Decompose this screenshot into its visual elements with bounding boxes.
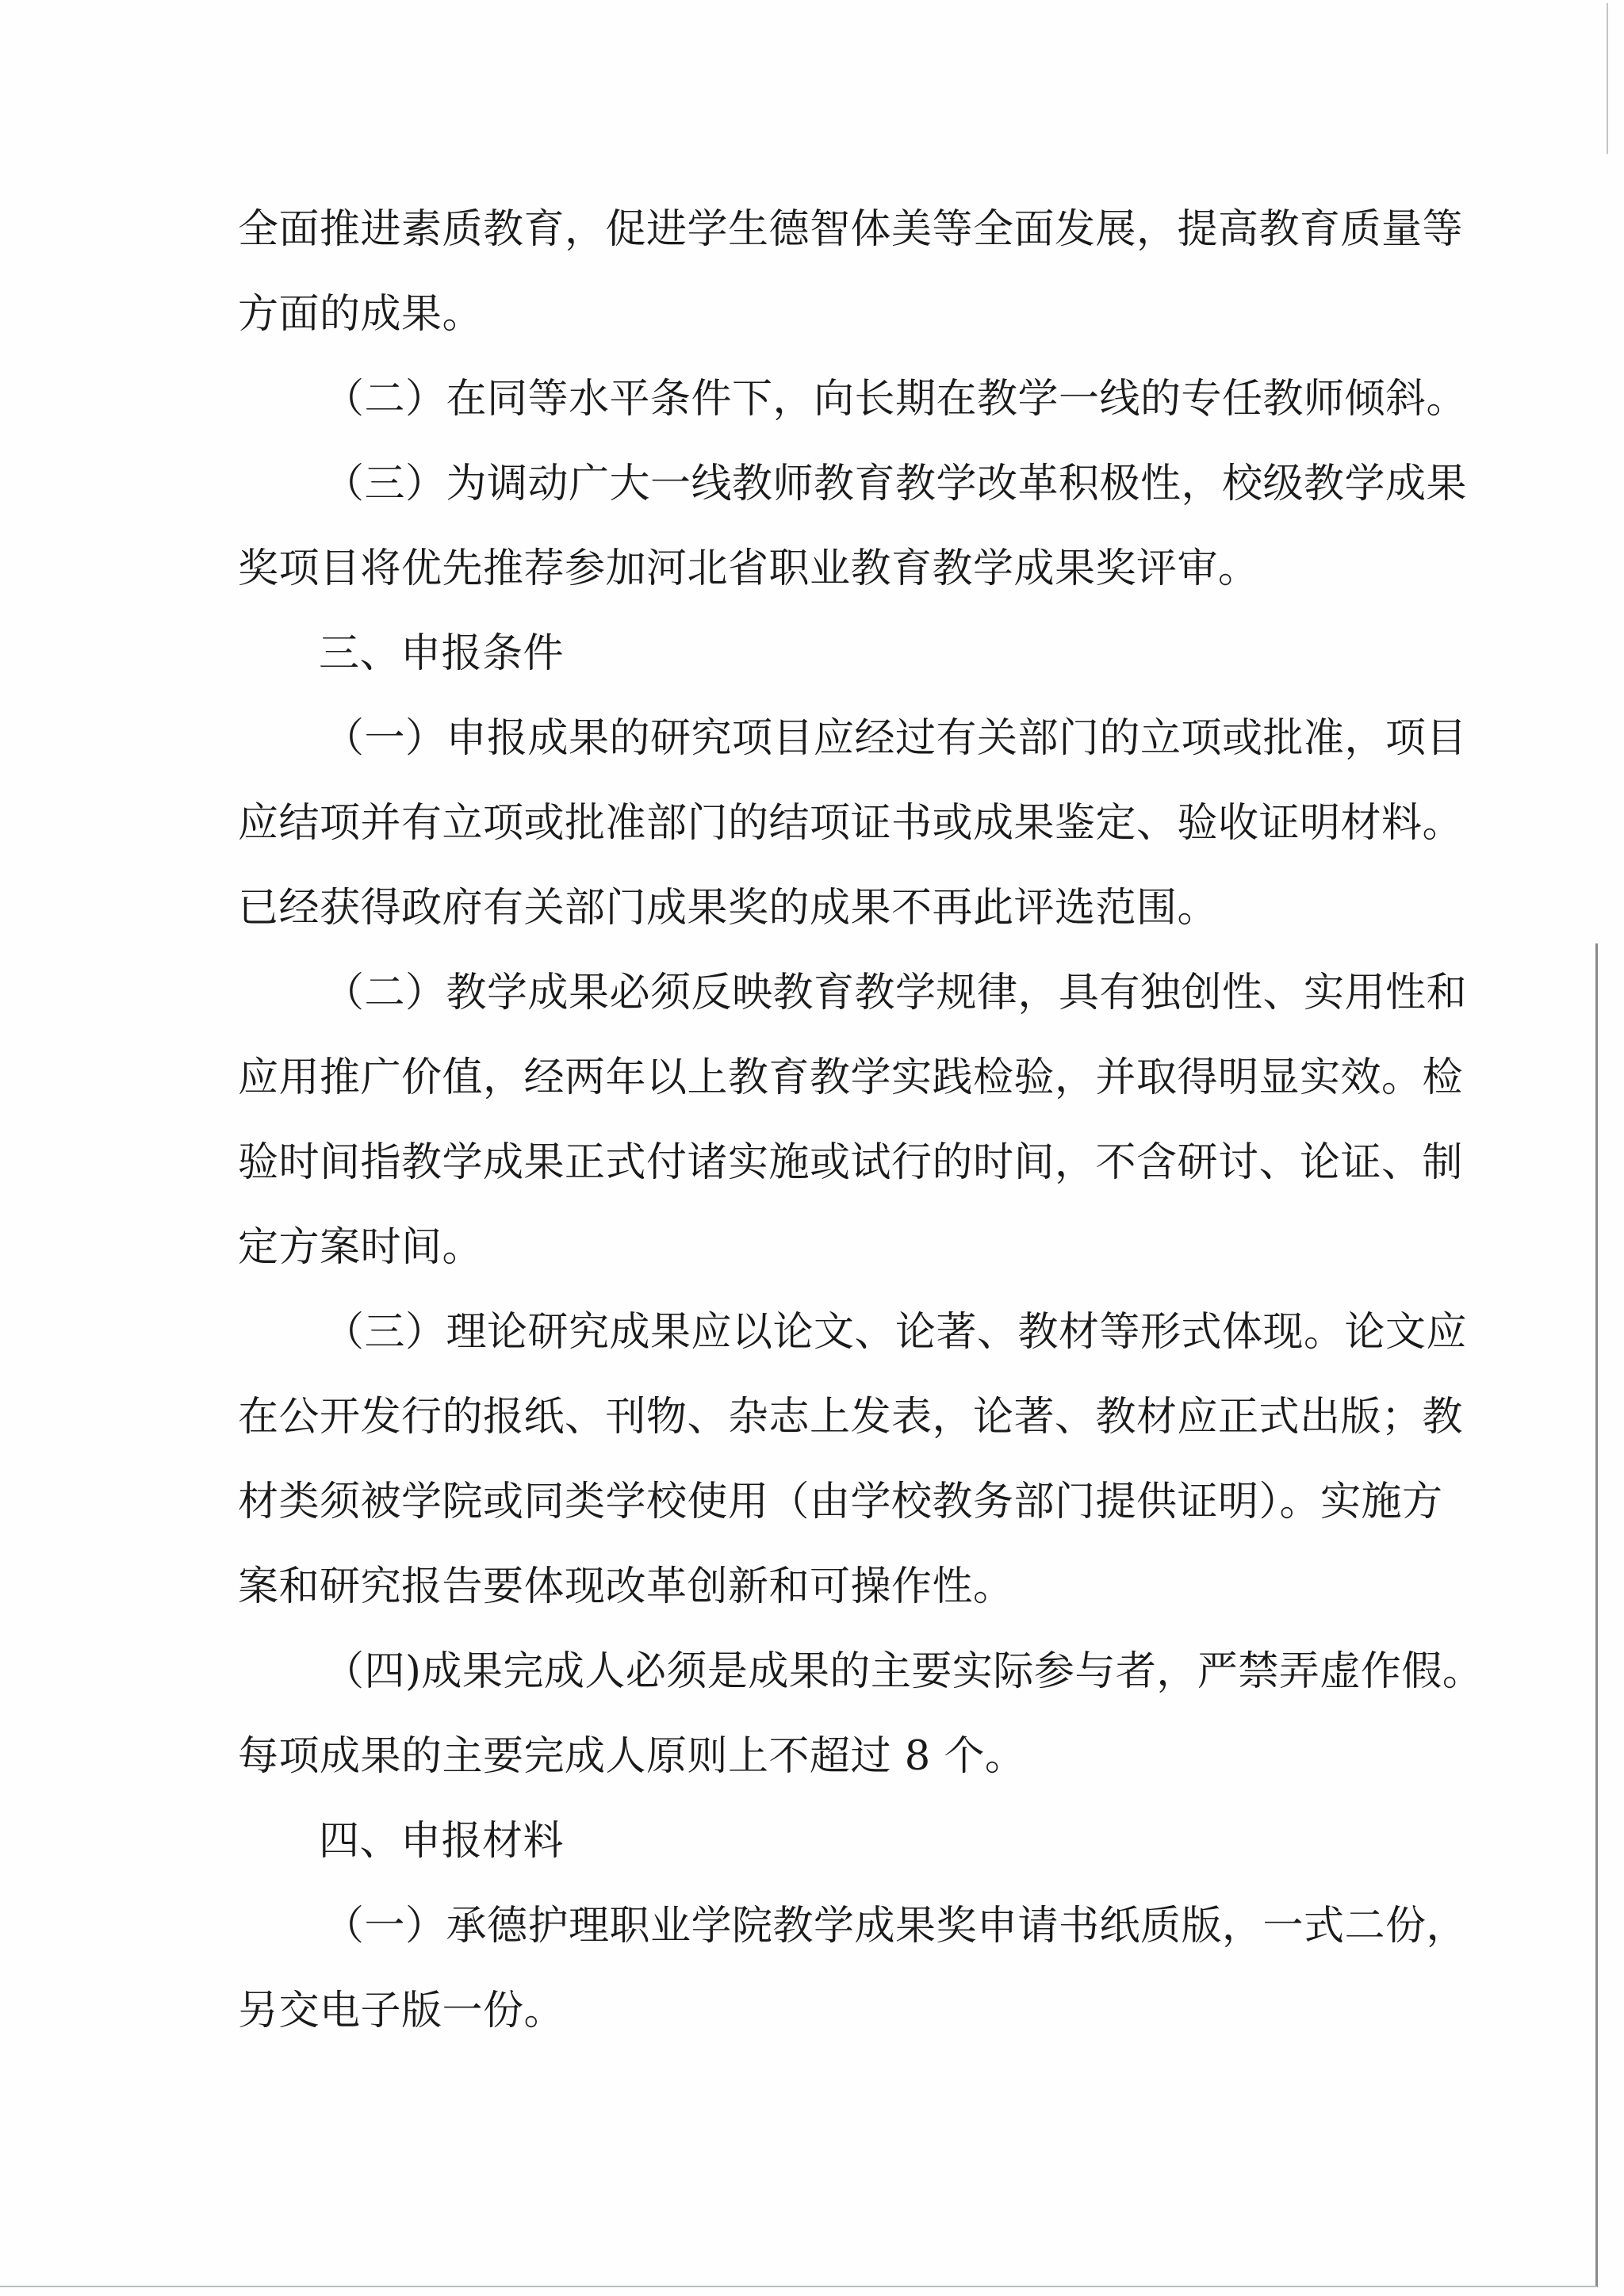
line-text: 另交电子版一份。 (238, 1986, 565, 2037)
paragraph-line: （一）申报成果的研究项目应经过有关部门的立项或批准，项目 (238, 714, 1372, 798)
paragraph-line: 材类须被学院或同类学校使用（由学校教务部门提供证明）。实施方 (238, 1477, 1372, 1562)
paragraph-line: 方面的成果。 (238, 289, 1372, 374)
section-heading: 三、申报条件 (238, 629, 1372, 714)
section-heading-text: 三、申报条件 (319, 629, 564, 679)
page-edge-bottom (0, 2286, 1597, 2287)
line-text: 奖项目将优先推荐参加河北省职业教育教学成果奖评审。 (238, 544, 1259, 595)
paragraph-line: 案和研究报告要体现改革创新和可操作性。 (238, 1562, 1372, 1647)
paragraph-line: 应用推广价值，经两年以上教育教学实践检验，并取得明显实效。检 (238, 1053, 1372, 1138)
document-body: 全面推进素质教育，促进学生德智体美等全面发展，提高教育质量等 方面的成果。 （二… (238, 205, 1372, 2071)
page-edge-right-top (1607, 3, 1608, 154)
line-text: 案和研究报告要体现改革创新和可操作性。 (238, 1562, 1014, 1613)
paragraph-line: 全面推进素质教育，促进学生德智体美等全面发展，提高教育质量等 (238, 205, 1372, 289)
paragraph-line: （一）承德护理职业学院教学成果奖申请书纸质版，一式二份， (238, 1901, 1372, 1986)
section-heading-text: 四、申报材料 (319, 1816, 564, 1867)
line-text: （二）教学成果必须反映教育教学规律，具有独创性、实用性和 (324, 968, 1467, 1019)
paragraph-line: 应结项并有立项或批准部门的结项证书或成果鉴定、验收证明材料。 (238, 798, 1372, 883)
line-text: （三）理论研究成果应以论文、论著、教材等形式体现。论文应 (324, 1307, 1467, 1358)
paragraph-line: 在公开发行的报纸、刊物、杂志上发表，论著、教材应正式出版；教 (238, 1392, 1372, 1477)
line-text: 应用推广价值，经两年以上教育教学实践检验，并取得明显实效。检 (238, 1053, 1463, 1104)
line-text: （二）在同等水平条件下，向长期在教学一线的专任教师倾斜。 (324, 374, 1467, 425)
paragraph-line: （二）教学成果必须反映教育教学规律，具有独创性、实用性和 (238, 968, 1372, 1053)
line-text: （一）承德护理职业学院教学成果奖申请书纸质版，一式二份， (324, 1901, 1467, 1952)
page-edge-right (1595, 943, 1598, 2287)
paragraph-line: （二）在同等水平条件下，向长期在教学一线的专任教师倾斜。 (238, 374, 1372, 459)
line-text: 在公开发行的报纸、刊物、杂志上发表，论著、教材应正式出版；教 (238, 1392, 1463, 1443)
paragraph-line: 另交电子版一份。 (238, 1986, 1372, 2071)
line-text: 每项成果的主要完成人原则上不超过 8 个。 (238, 1732, 1025, 1782)
paragraph-line: （三）理论研究成果应以论文、论著、教材等形式体现。论文应 (238, 1307, 1372, 1392)
line-text: 材类须被学院或同类学校使用（由学校教务部门提供证明）。实施方 (238, 1477, 1443, 1528)
line-text: 定方案时间。 (238, 1223, 483, 1273)
line-text: （一）申报成果的研究项目应经过有关部门的立项或批准，项目 (324, 714, 1467, 764)
paragraph-line: 已经获得政府有关部门成果奖的成果不再此评选范围。 (238, 883, 1372, 968)
line-text: 全面推进素质教育，促进学生德智体美等全面发展，提高教育质量等 (238, 205, 1463, 255)
paragraph-line: 验时间指教学成果正式付诸实施或试行的时间，不含研讨、论证、制 (238, 1138, 1372, 1223)
line-text: （四)成果完成人必须是成果的主要实际参与者，严禁弄虚作假。 (324, 1647, 1483, 1697)
line-text: 方面的成果。 (238, 289, 483, 340)
line-text: 已经获得政府有关部门成果奖的成果不再此评选范围。 (238, 883, 1218, 934)
line-text: 应结项并有立项或批准部门的结项证书或成果鉴定、验收证明材料。 (238, 798, 1463, 849)
line-text: 验时间指教学成果正式付诸实施或试行的时间，不含研讨、论证、制 (238, 1138, 1463, 1188)
paragraph-line: （三）为调动广大一线教师教育教学改革积极性，校级教学成果 (238, 459, 1372, 544)
paragraph-line: 定方案时间。 (238, 1223, 1372, 1307)
scanned-document-page: 全面推进素质教育，促进学生德智体美等全面发展，提高教育质量等 方面的成果。 （二… (0, 0, 1624, 2296)
paragraph-line: （四)成果完成人必须是成果的主要实际参与者，严禁弄虚作假。 (238, 1647, 1372, 1732)
paragraph-line: 每项成果的主要完成人原则上不超过 8 个。 (238, 1732, 1372, 1816)
line-text: （三）为调动广大一线教师教育教学改革积极性，校级教学成果 (324, 459, 1467, 510)
section-heading: 四、申报材料 (238, 1816, 1372, 1901)
paragraph-line: 奖项目将优先推荐参加河北省职业教育教学成果奖评审。 (238, 544, 1372, 629)
